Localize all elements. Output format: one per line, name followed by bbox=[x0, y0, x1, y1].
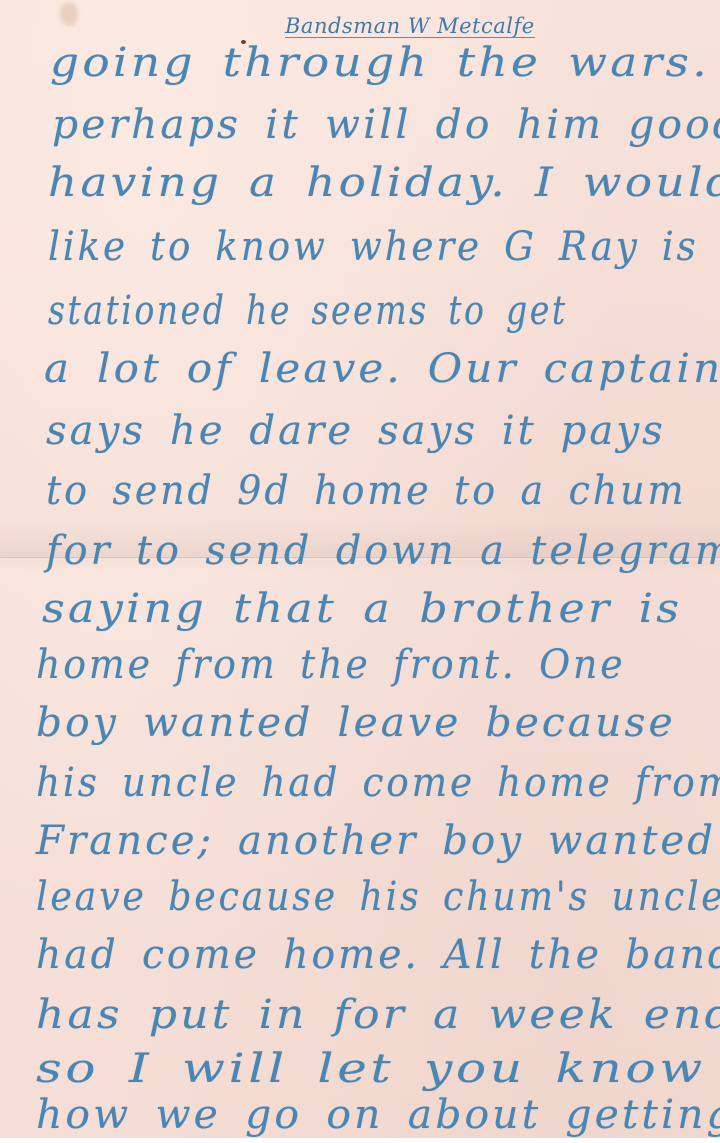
handwritten-line: home from the front. One bbox=[36, 642, 626, 688]
handwritten-line: how we go on about getting bbox=[36, 1092, 720, 1138]
handwritten-line: a lot of leave. Our captain bbox=[44, 346, 720, 392]
handwritten-line: boy wanted leave because bbox=[36, 700, 676, 746]
header-signature: Bandsman W Metcalfe bbox=[285, 14, 535, 38]
page-bottom-edge bbox=[0, 1138, 720, 1143]
signature-text: Bandsman W Metcalfe bbox=[285, 14, 535, 38]
handwritten-line: says he dare says it pays bbox=[46, 408, 666, 454]
handwritten-line: France; another boy wanted bbox=[36, 818, 716, 864]
handwritten-line: has put in for a week end bbox=[36, 992, 720, 1038]
handwritten-line: saying that a brother is bbox=[42, 586, 682, 632]
handwritten-line: going through the wars. bbox=[50, 40, 710, 86]
handwritten-line: his uncle had come home from bbox=[36, 760, 720, 806]
handwritten-line: leave because his chum's uncle bbox=[36, 874, 720, 920]
handwritten-line: having a holiday. I would bbox=[48, 160, 720, 206]
handwritten-line: so I will let you know bbox=[36, 1046, 706, 1092]
handwritten-line: like to know where G Ray is bbox=[48, 224, 699, 270]
handwritten-line: stationed he seems to get bbox=[48, 288, 568, 334]
handwritten-line: had come home. All the band bbox=[36, 932, 720, 978]
letter-page: Bandsman W Metcalfe going through the wa… bbox=[0, 0, 720, 1143]
handwritten-line: to send 9d home to a chum bbox=[46, 468, 686, 514]
handwritten-line: for to send down a telegram bbox=[46, 528, 720, 574]
paper-stain bbox=[60, 2, 78, 26]
signature-strikethrough bbox=[285, 37, 535, 38]
handwritten-line: perhaps it will do him good bbox=[52, 102, 720, 148]
